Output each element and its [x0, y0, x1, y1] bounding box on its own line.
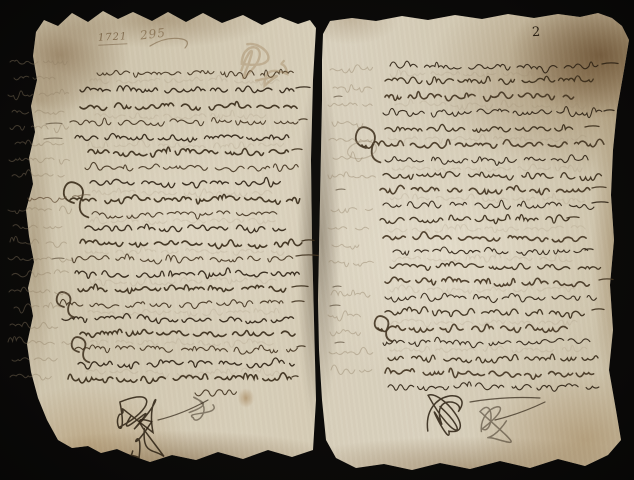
archival-date-notation: 1721 — [98, 31, 128, 46]
folio-number: 2 — [532, 25, 541, 40]
manuscript-scan: 1721 295 2 — [0, 0, 634, 480]
